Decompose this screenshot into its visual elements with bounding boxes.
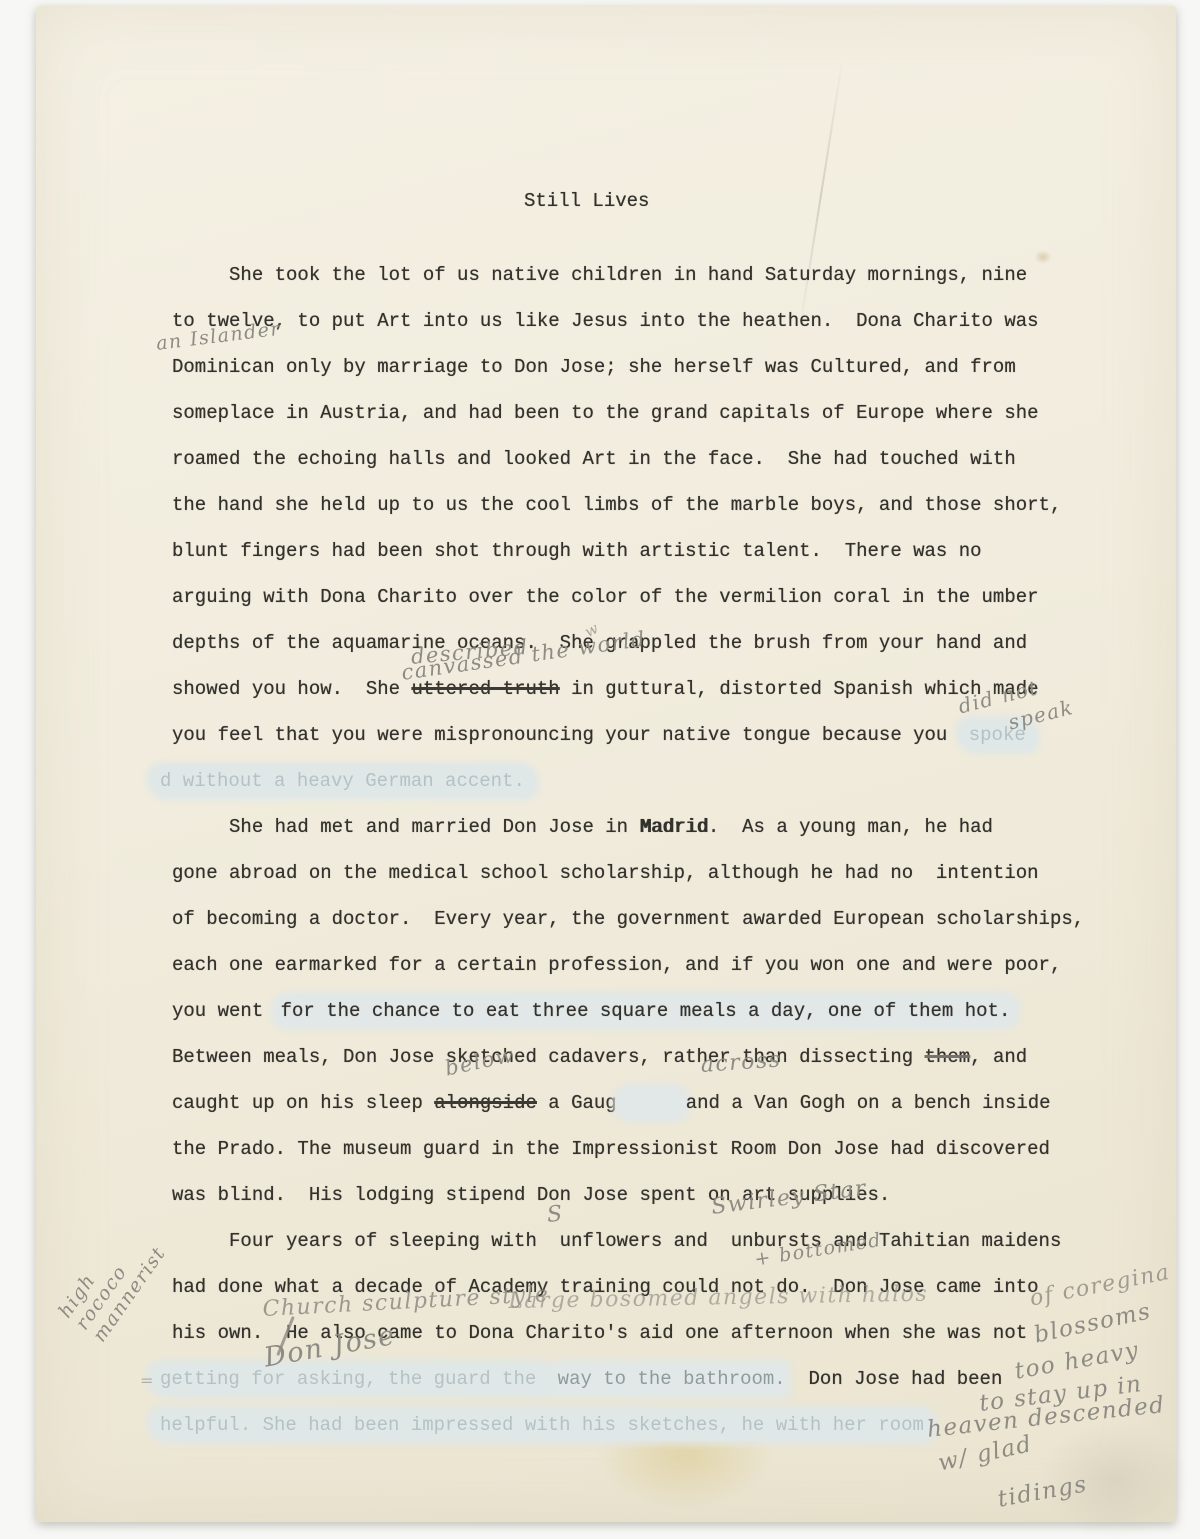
typed-segment: showed you how. She: [172, 678, 411, 700]
typed-segment-ghost: helpful. She had been impressed with his…: [150, 1410, 934, 1440]
typed-segment: caught up on his sleep: [172, 1092, 434, 1114]
typed-segment: Between meals, Don Jose sketched cadaver…: [172, 1046, 925, 1068]
typed-segment: She had met and married Don Jose in: [172, 816, 639, 838]
typed-line: someplace in Austria, and had been to th…: [172, 402, 1039, 424]
typed-line: of becoming a doctor. Every year, the go…: [172, 908, 1084, 930]
typed-line: arguing with Dona Charito over the color…: [172, 586, 1039, 608]
typed-segment-overtype: Madrid: [639, 816, 707, 838]
typed-segment: Don Jose had been: [786, 1368, 1003, 1390]
typed-segment: someplace in Austria, and had been to th…: [172, 402, 1039, 424]
typed-segment: to twelve, to put Art into us like Jesus…: [172, 310, 1039, 332]
typed-line: the hand she held up to us the cool limb…: [172, 494, 1061, 516]
typed-segment: of becoming a doctor. Every year, the go…: [172, 908, 1084, 930]
typed-segment-ghost: getting for asking, the guard the: [150, 1364, 558, 1394]
pencil-equals-mark: =: [140, 1372, 155, 1390]
typed-segment-strike-pencil: them: [925, 1046, 971, 1068]
typed-line: blunt fingers had been shot through with…: [172, 540, 982, 562]
typed-segment: She took the lot of us native children i…: [172, 264, 1027, 286]
typed-line: each one earmarked for a certain profess…: [172, 954, 1061, 976]
pencil-s-caret: S: [546, 1203, 565, 1229]
typed-segment: you feel that you were mispronouncing yo…: [172, 724, 959, 746]
typed-segment-strike: alongside: [434, 1092, 537, 1114]
page-title: Still Lives: [524, 190, 649, 212]
typed-line: gone abroad on the medical school schola…: [172, 862, 1039, 884]
typed-line: helpful. She had been impressed with his…: [150, 1414, 934, 1436]
typed-segment: gone abroad on the medical school schola…: [172, 862, 1039, 884]
typed-line: you went for the chance to eat three squ…: [172, 1000, 1016, 1022]
typed-line: you feel that you were mispronouncing yo…: [172, 724, 1036, 746]
typed-line: roamed the echoing halls and looked Art …: [172, 448, 1016, 470]
typed-segment: the Prado. The museum guard in the Impre…: [172, 1138, 1050, 1160]
typed-segment: arguing with Dona Charito over the color…: [172, 586, 1039, 608]
typed-segment-strike: uttered truth: [411, 678, 559, 700]
typed-segment: and a Van Gogh on a bench inside: [686, 1092, 1051, 1114]
typed-segment: . As a young man, he had: [708, 816, 993, 838]
typed-segment: blunt fingers had been shot through with…: [172, 540, 982, 562]
typed-segment: you went: [172, 1000, 275, 1022]
typed-line: d without a heavy German accent.: [150, 770, 535, 792]
typed-line: Four years of sleeping with unflowers an…: [172, 1230, 1061, 1252]
typed-line: Between meals, Don Jose sketched cadaver…: [172, 1046, 1027, 1068]
typed-line: She had met and married Don Jose in Madr…: [172, 816, 993, 838]
typed-segment: each one earmarked for a certain profess…: [172, 954, 1061, 976]
typed-line: the Prado. The museum guard in the Impre…: [172, 1138, 1050, 1160]
typed-segment: , and: [970, 1046, 1027, 1068]
typed-line: Dominican only by marriage to Don Jose; …: [172, 356, 1016, 378]
typed-segment: Four years of sleeping with unflowers an…: [172, 1230, 1061, 1252]
typed-segment-band: [617, 1088, 686, 1118]
typed-line: caught up on his sleep alongside a Gaug …: [172, 1092, 1051, 1114]
typed-line: She took the lot of us native children i…: [172, 264, 1027, 286]
typed-segment: roamed the echoing halls and looked Art …: [172, 448, 1016, 470]
paper-stain-small: [1034, 250, 1052, 264]
typed-line: to twelve, to put Art into us like Jesus…: [172, 310, 1039, 332]
typed-segment: a Gaug: [537, 1092, 617, 1114]
typed-segment: the hand she held up to us the cool limb…: [172, 494, 1061, 516]
typed-segment-band: for the chance to eat three square meals…: [275, 996, 1017, 1026]
typed-segment: Dominican only by marriage to Don Jose; …: [172, 356, 1016, 378]
typed-line: showed you how. She uttered truth in gut…: [172, 678, 1039, 700]
typed-segment-ghost: d without a heavy German accent.: [150, 766, 535, 796]
typed-segment-fade: way to the bathroom.: [558, 1364, 786, 1394]
